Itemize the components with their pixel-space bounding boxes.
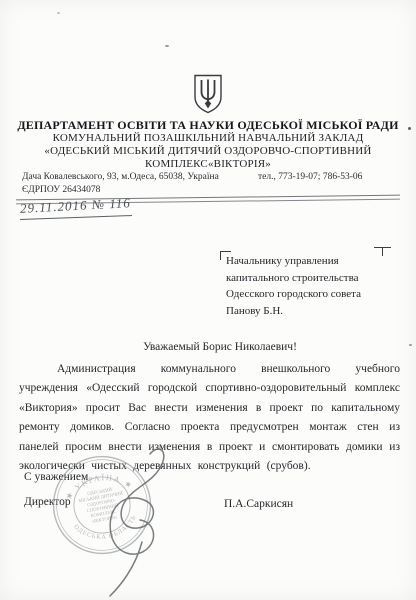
scan-speck (408, 127, 411, 130)
scanned-letter-page: ДЕПАРТАМЕНТ ОСВІТИ ТА НАУКИ ОДЕСЬКОЇ МІС… (0, 0, 416, 600)
recipient-line: Одесского городского совета (226, 286, 361, 303)
signer-name: П.А.Саркисян (224, 498, 293, 510)
org-name-line: «ОДЕСЬКИЙ МІСЬКИЙ ДИТЯЧИЙ ОЗДОРОВЧО-СПОР… (0, 145, 416, 157)
org-name-line2: КОМПЛЕКС«ВІКТОРІЯ» (0, 158, 416, 170)
scan-speck (409, 344, 412, 346)
org-edrpou-code: ЄДРПОУ 26434078 (22, 185, 100, 195)
org-address: Дача Ковалевського, 93, м.Одеса, 65038, … (22, 172, 219, 182)
recipient-line: Начальнику управления (226, 253, 361, 270)
org-phones: тел., 773-19-07; 786-53-06 (258, 172, 362, 182)
salutation: Уважаемый Борис Николаевич! (0, 341, 416, 353)
recipient-line: Панову Б.Н. (226, 303, 361, 320)
handwritten-signature (80, 444, 195, 598)
scan-speck (165, 45, 169, 47)
org-department-line: ДЕПАРТАМЕНТ ОСВІТИ ТА НАУКИ ОДЕСЬКОЇ МІС… (0, 118, 416, 133)
ukraine-trident-icon (192, 74, 224, 114)
recipient-line: капитального строительства (226, 270, 361, 287)
scan-speck (57, 12, 60, 14)
recipient-block: Начальнику управления капитального строи… (226, 253, 361, 319)
address-zone-crop-mark-right-tick (382, 247, 383, 256)
org-type-line: КОМУНАЛЬНИЙ ПОЗАШКІЛЬНИЙ НАВЧАЛЬНИЙ ЗАКЛ… (0, 132, 416, 144)
